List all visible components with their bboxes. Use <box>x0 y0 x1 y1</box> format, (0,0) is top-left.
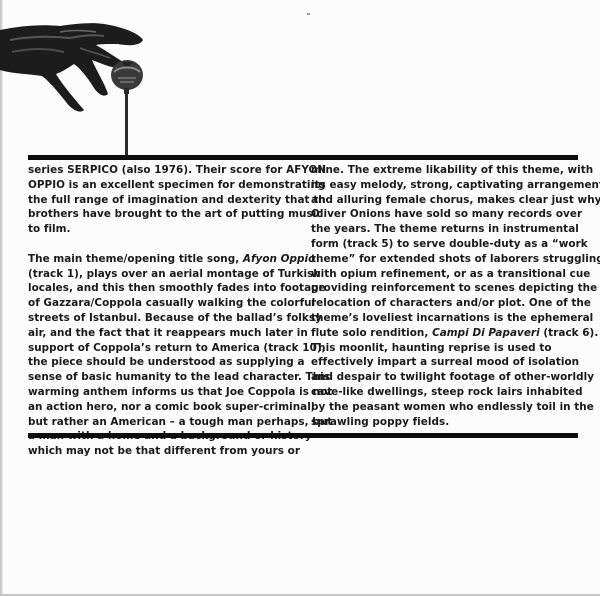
left-text-column: series SERPICO (also 1976). Their score … <box>28 163 303 474</box>
text-line: This moonlit, haunting reprise is used t… <box>311 341 581 356</box>
text-line: support of Coppola’s return to America (… <box>28 341 303 356</box>
text-line: to film. <box>28 222 303 237</box>
text-line: cave-like dwellings, steep rock lairs in… <box>311 385 581 400</box>
text-line: theme” for extended shots of laborers st… <box>311 252 581 267</box>
text-line: Oliver Onions have sold so many records … <box>311 207 581 222</box>
text-line: mine. The extreme likability of this the… <box>311 163 581 178</box>
text-line: which may not be that different from you… <box>28 444 303 459</box>
text-line: brothers have brought to the art of putt… <box>28 207 303 222</box>
text-line: The main theme/opening title song, Afyon… <box>28 252 303 267</box>
text-line: the piece should be understood as supply… <box>28 355 303 370</box>
hand-poppy-illustration-icon <box>0 18 150 158</box>
paragraph-serpico: series SERPICO (also 1976). Their score … <box>28 163 303 237</box>
text-line: sprawling poppy fields. <box>311 415 581 430</box>
text-line: locales, and this then smoothly fades in… <box>28 281 303 296</box>
text-line: the full range of imagination and dexter… <box>28 193 303 208</box>
text-line: of Gazzara/Coppola casually walking the … <box>28 296 303 311</box>
text-line: providing reinforcement to scenes depict… <box>311 281 581 296</box>
text-line: warming anthem informs us that Joe Coppo… <box>28 385 303 400</box>
paragraph-main-theme: The main theme/opening title song, Afyon… <box>28 252 303 459</box>
text-line: series SERPICO (also 1976). Their score … <box>28 163 303 178</box>
text-line: with opium refinement, or as a transitio… <box>311 267 581 282</box>
song-title-campi-di-papaveri: Campi Di Papaveri <box>432 327 540 339</box>
text-line: (track 1), plays over an aerial montage … <box>28 267 303 282</box>
text-line: by the peasant women who endlessly toil … <box>311 400 581 415</box>
text-line: theme’s loveliest incarnations is the ep… <box>311 311 581 326</box>
right-text-column: mine. The extreme likability of this the… <box>311 163 581 444</box>
text-line: OPPIO is an excellent specimen for demon… <box>28 178 303 193</box>
text-line: flute solo rendition, Campi Di Papaveri … <box>311 326 581 341</box>
text-line: and despair to twilight footage of other… <box>311 370 581 385</box>
text-line: effectively impart a surreal mood of iso… <box>311 355 581 370</box>
text-line: form (track 5) to serve double-duty as a… <box>311 237 581 252</box>
paragraph-continuation: mine. The extreme likability of this the… <box>311 163 581 429</box>
text-line: relocation of characters and/or plot. On… <box>311 296 581 311</box>
song-title-afyon-oppio: Afyon Oppio <box>243 253 315 265</box>
text-line: and alluring female chorus, makes clear … <box>311 193 581 208</box>
text-line: streets of Istanbul. Because of the ball… <box>28 311 303 326</box>
top-divider-rule <box>28 155 578 160</box>
bottom-divider-rule <box>28 433 578 438</box>
text-line: air, and the fact that it reappears much… <box>28 326 303 341</box>
text-line: an action hero, nor a comic book super-c… <box>28 400 303 415</box>
text-line: the years. The theme returns in instrume… <box>311 222 581 237</box>
text-line: its easy melody, strong, captivating arr… <box>311 178 581 193</box>
text-line: sense of basic humanity to the lead char… <box>28 370 303 385</box>
paper-fleck <box>307 13 310 15</box>
text-line: but rather an American – a tough man per… <box>28 415 303 430</box>
